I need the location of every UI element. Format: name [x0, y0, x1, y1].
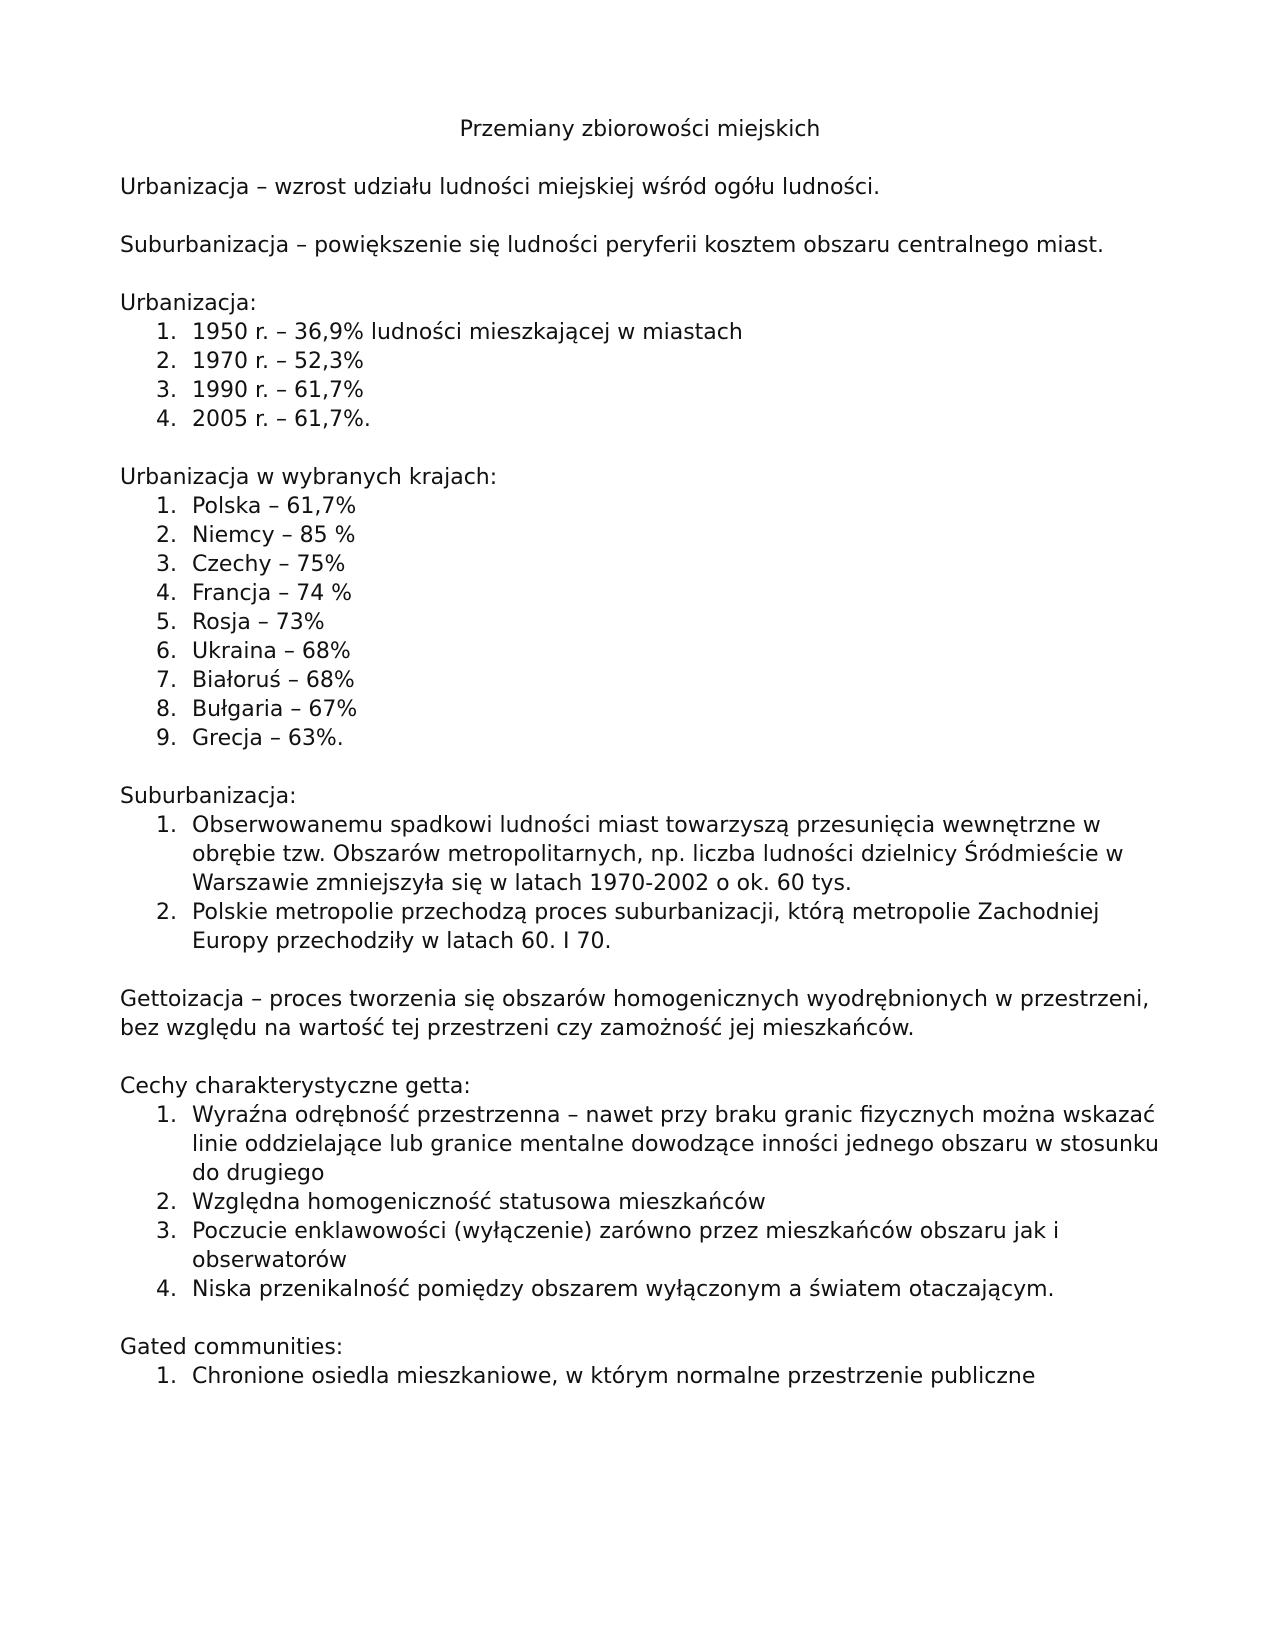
section-suburbanization: Suburbanizacja: 1.Obserwowanemu spadkowi…	[120, 782, 1160, 956]
list-number: 3.	[156, 376, 177, 405]
list-item-text: Wyraźna odrębność przestrzenna – nawet p…	[192, 1103, 1159, 1186]
list-item-text: Rosja – 73%	[192, 610, 325, 635]
list-item-text: Względna homogeniczność statusowa mieszk…	[192, 1190, 766, 1215]
section-heading: Urbanizacja:	[120, 289, 1160, 318]
list-number: 2.	[156, 347, 177, 376]
ghettoization-definition: Gettoizacja – proces tworzenia się obsza…	[120, 985, 1160, 1043]
list-item-text: Poczucie enklawowości (wyłączenie) zarów…	[192, 1219, 1059, 1273]
list-number: 1.	[156, 1362, 177, 1391]
list-number: 1.	[156, 1101, 177, 1130]
list-item-text: Grecja – 63%.	[192, 726, 344, 751]
list-item: 2.Polskie metropolie przechodzą proces s…	[120, 898, 1160, 956]
urbanization-countries-list: 1.Polska – 61,7% 2.Niemcy – 85 % 3.Czech…	[120, 492, 1160, 753]
list-item: 3.1990 r. – 61,7%	[120, 376, 1160, 405]
list-number: 2.	[156, 521, 177, 550]
list-item: 1.Chronione osiedla mieszkaniowe, w któr…	[120, 1362, 1160, 1391]
list-item: 9.Grecja – 63%.	[120, 724, 1160, 753]
list-item: 2.Niemcy – 85 %	[120, 521, 1160, 550]
list-number: 4.	[156, 405, 177, 434]
list-item-text: Obserwowanemu spadkowi ludności miast to…	[192, 813, 1124, 896]
list-item-text: Niemcy – 85 %	[192, 523, 356, 548]
list-number: 5.	[156, 608, 177, 637]
list-item-text: Bułgaria – 67%	[192, 697, 357, 722]
gated-communities-list: 1.Chronione osiedla mieszkaniowe, w któr…	[120, 1362, 1160, 1391]
document-page: Przemiany zbiorowości miejskich Urbaniza…	[0, 0, 1275, 1650]
suburbanization-list: 1.Obserwowanemu spadkowi ludności miast …	[120, 811, 1160, 956]
section-gated-communities: Gated communities: 1.Chronione osiedla m…	[120, 1333, 1160, 1391]
list-item: 6.Ukraina – 68%	[120, 637, 1160, 666]
list-number: 1.	[156, 492, 177, 521]
urbanization-history-list: 1.1950 r. – 36,9% ludności mieszkającej …	[120, 318, 1160, 434]
list-item: 1.Obserwowanemu spadkowi ludności miast …	[120, 811, 1160, 898]
list-number: 6.	[156, 637, 177, 666]
list-item: 3.Czechy – 75%	[120, 550, 1160, 579]
section-heading: Gated communities:	[120, 1333, 1160, 1362]
urbanization-definition: Urbanizacja – wzrost udziału ludności mi…	[120, 173, 1160, 202]
list-item: 4.Niska przenikalność pomiędzy obszarem …	[120, 1275, 1160, 1304]
list-item: 1.1950 r. – 36,9% ludności mieszkającej …	[120, 318, 1160, 347]
list-item: 5.Rosja – 73%	[120, 608, 1160, 637]
section-urbanization-history: Urbanizacja: 1.1950 r. – 36,9% ludności …	[120, 289, 1160, 434]
ghetto-features-list: 1.Wyraźna odrębność przestrzenna – nawet…	[120, 1101, 1160, 1304]
list-item: 1.Polska – 61,7%	[120, 492, 1160, 521]
section-ghetto-features: Cechy charakterystyczne getta: 1.Wyraźna…	[120, 1072, 1160, 1304]
list-item-text: 1990 r. – 61,7%	[192, 378, 364, 403]
list-number: 3.	[156, 1217, 177, 1246]
list-item: 4.2005 r. – 61,7%.	[120, 405, 1160, 434]
list-number: 7.	[156, 666, 177, 695]
list-item: 7.Białoruś – 68%	[120, 666, 1160, 695]
list-item: 4.Francja – 74 %	[120, 579, 1160, 608]
list-item-text: Chronione osiedla mieszkaniowe, w którym…	[192, 1364, 1035, 1389]
list-item-text: 1950 r. – 36,9% ludności mieszkającej w …	[192, 320, 743, 345]
section-heading: Cechy charakterystyczne getta:	[120, 1072, 1160, 1101]
list-item-text: Białoruś – 68%	[192, 668, 355, 693]
list-item-text: Polska – 61,7%	[192, 494, 356, 519]
suburbanization-definition: Suburbanizacja – powiększenie się ludnoś…	[120, 231, 1160, 260]
section-heading: Suburbanizacja:	[120, 782, 1160, 811]
list-item-text: 2005 r. – 61,7%.	[192, 407, 371, 432]
list-item-text: Czechy – 75%	[192, 552, 345, 577]
list-item-text: 1970 r. – 52,3%	[192, 349, 364, 374]
list-item: 3.Poczucie enklawowości (wyłączenie) zar…	[120, 1217, 1160, 1275]
section-heading: Urbanizacja w wybranych krajach:	[120, 463, 1160, 492]
list-number: 9.	[156, 724, 177, 753]
list-item-text: Francja – 74 %	[192, 581, 352, 606]
list-item: 8.Bułgaria – 67%	[120, 695, 1160, 724]
list-item: 2.Względna homogeniczność statusowa mies…	[120, 1188, 1160, 1217]
list-number: 8.	[156, 695, 177, 724]
list-item-text: Ukraina – 68%	[192, 639, 351, 664]
list-number: 3.	[156, 550, 177, 579]
list-item: 1.Wyraźna odrębność przestrzenna – nawet…	[120, 1101, 1160, 1188]
list-number: 2.	[156, 898, 177, 927]
document-title: Przemiany zbiorowości miejskich	[120, 115, 1160, 144]
list-item-text: Polskie metropolie przechodzą proces sub…	[192, 900, 1099, 954]
list-number: 4.	[156, 1275, 177, 1304]
list-item: 2.1970 r. – 52,3%	[120, 347, 1160, 376]
document-body: Przemiany zbiorowości miejskich Urbaniza…	[120, 115, 1160, 1420]
list-number: 1.	[156, 811, 177, 840]
list-number: 2.	[156, 1188, 177, 1217]
list-item-text: Niska przenikalność pomiędzy obszarem wy…	[192, 1277, 1055, 1302]
section-urbanization-countries: Urbanizacja w wybranych krajach: 1.Polsk…	[120, 463, 1160, 753]
list-number: 4.	[156, 579, 177, 608]
list-number: 1.	[156, 318, 177, 347]
